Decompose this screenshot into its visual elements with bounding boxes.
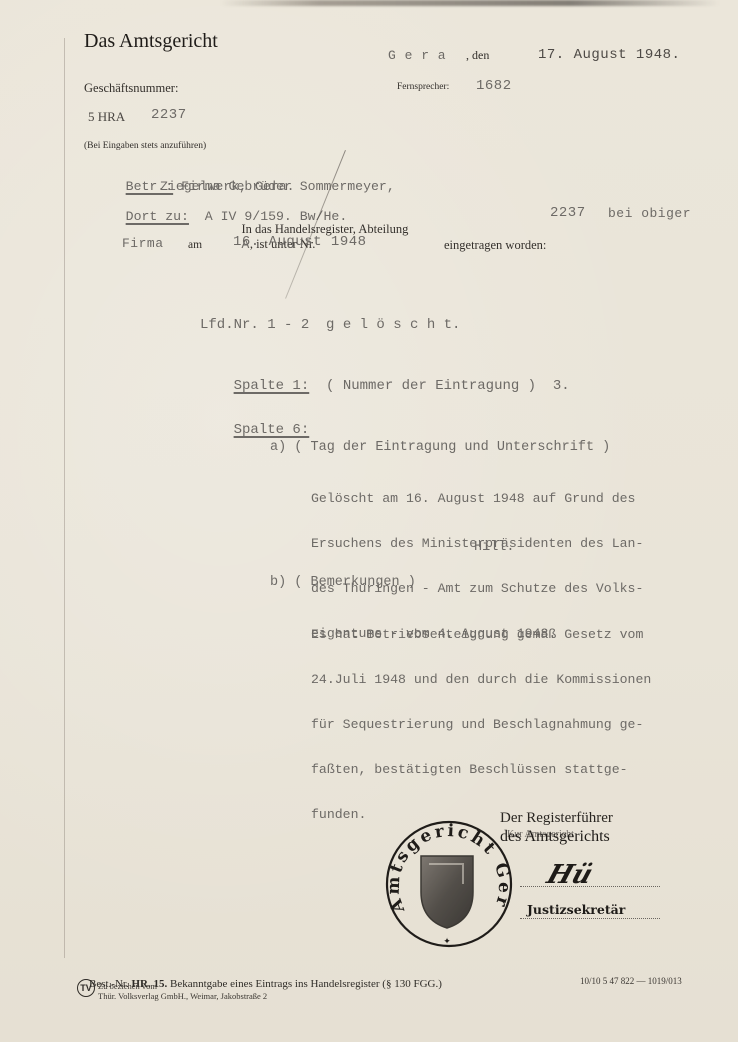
official-title: Justizsekretär: [527, 902, 625, 917]
title-dotted-line: [520, 918, 660, 919]
eingetragen-label: eingetragen worden:: [444, 238, 546, 253]
spalte6-label: Spalte 6:: [234, 422, 310, 438]
phone-number: 1682: [476, 78, 512, 94]
document-page: Das Amtsgericht G e r a , den 17. August…: [0, 0, 738, 1042]
entry-a-heading: a) ( Tag der Eintragung und Unterschrift…: [270, 440, 610, 455]
firma-typed: Firma: [122, 236, 164, 251]
entry-b-line: Es hat Betriebsenteignung gemäß Gesetz v…: [311, 627, 651, 642]
signature-line2: des Amtsgerichts: [500, 828, 610, 846]
publisher-line2: Thür. Volksverlag GmbH., Weimar, Jakobst…: [98, 991, 267, 1001]
letter-date: 17. August 1948.: [538, 47, 680, 63]
spalte1-line: Spalte 1: ( Nummer der Eintragung ) 3.: [200, 364, 570, 409]
case-number-label: Geschäftsnummer:: [84, 81, 178, 96]
stamp-seal-icon: Amtsgericht Gera ✦: [383, 818, 515, 950]
spalte1-label: Spalte 1:: [234, 378, 310, 394]
form-title: Bekanntgabe eines Eintrags ins Handelsre…: [170, 978, 442, 990]
entry-b-line: faßten, bestätigten Beschlüssen stattge-: [311, 762, 651, 777]
print-code: 10/10 5 47 822 — 1019/013: [580, 976, 682, 986]
entry-b-line: 24.Juli 1948 und den durch die Kommissio…: [311, 672, 651, 687]
court-title: Das Amtsgericht: [84, 30, 218, 53]
case-prefix: 5 HRA: [88, 109, 125, 125]
entry-b-line: für Sequestrierung und Beschlagnahmung g…: [311, 717, 651, 732]
am-label: am: [188, 239, 202, 251]
lfd-line: Lfd.Nr. 1 - 2 g e l ö s c h t.: [200, 318, 460, 333]
phone-label: Fernsprecher:: [397, 82, 449, 92]
publisher-logo-icon: TV: [77, 979, 95, 997]
publisher-line1: Zu beziehen vom: [98, 981, 157, 991]
place-typed: G e r a: [388, 48, 446, 63]
register-number: 2237: [550, 205, 586, 221]
margin-line: [64, 38, 65, 958]
signature-dotted-line: [520, 886, 660, 887]
entry-date: 16. August 1948: [233, 234, 367, 250]
dort-label: Dort zu:: [126, 209, 189, 224]
intro-post: bei obiger: [608, 206, 691, 221]
entry-b-heading: b) ( Bemerkungen ): [270, 575, 416, 590]
spalte1-value: ( Nummer der Eintragung ) 3.: [326, 378, 570, 394]
court-stamp: Amtsgericht Gera ✦: [383, 818, 515, 950]
entry-a-signature: Hill.: [474, 540, 515, 555]
scan-edge-smudge: [220, 0, 720, 6]
case-note: (Bei Eingaben stets anzuführen): [84, 141, 206, 151]
signature-line1: Der Registerführer: [500, 810, 613, 827]
betr-line2: Ziegelwerk, Gera.: [160, 179, 295, 194]
entry-a-line: Gelöscht am 16. August 1948 auf Grund de…: [311, 491, 643, 506]
case-number: 2237: [151, 107, 187, 123]
date-prefix: , den: [466, 48, 489, 63]
svg-text:✦: ✦: [443, 936, 451, 946]
